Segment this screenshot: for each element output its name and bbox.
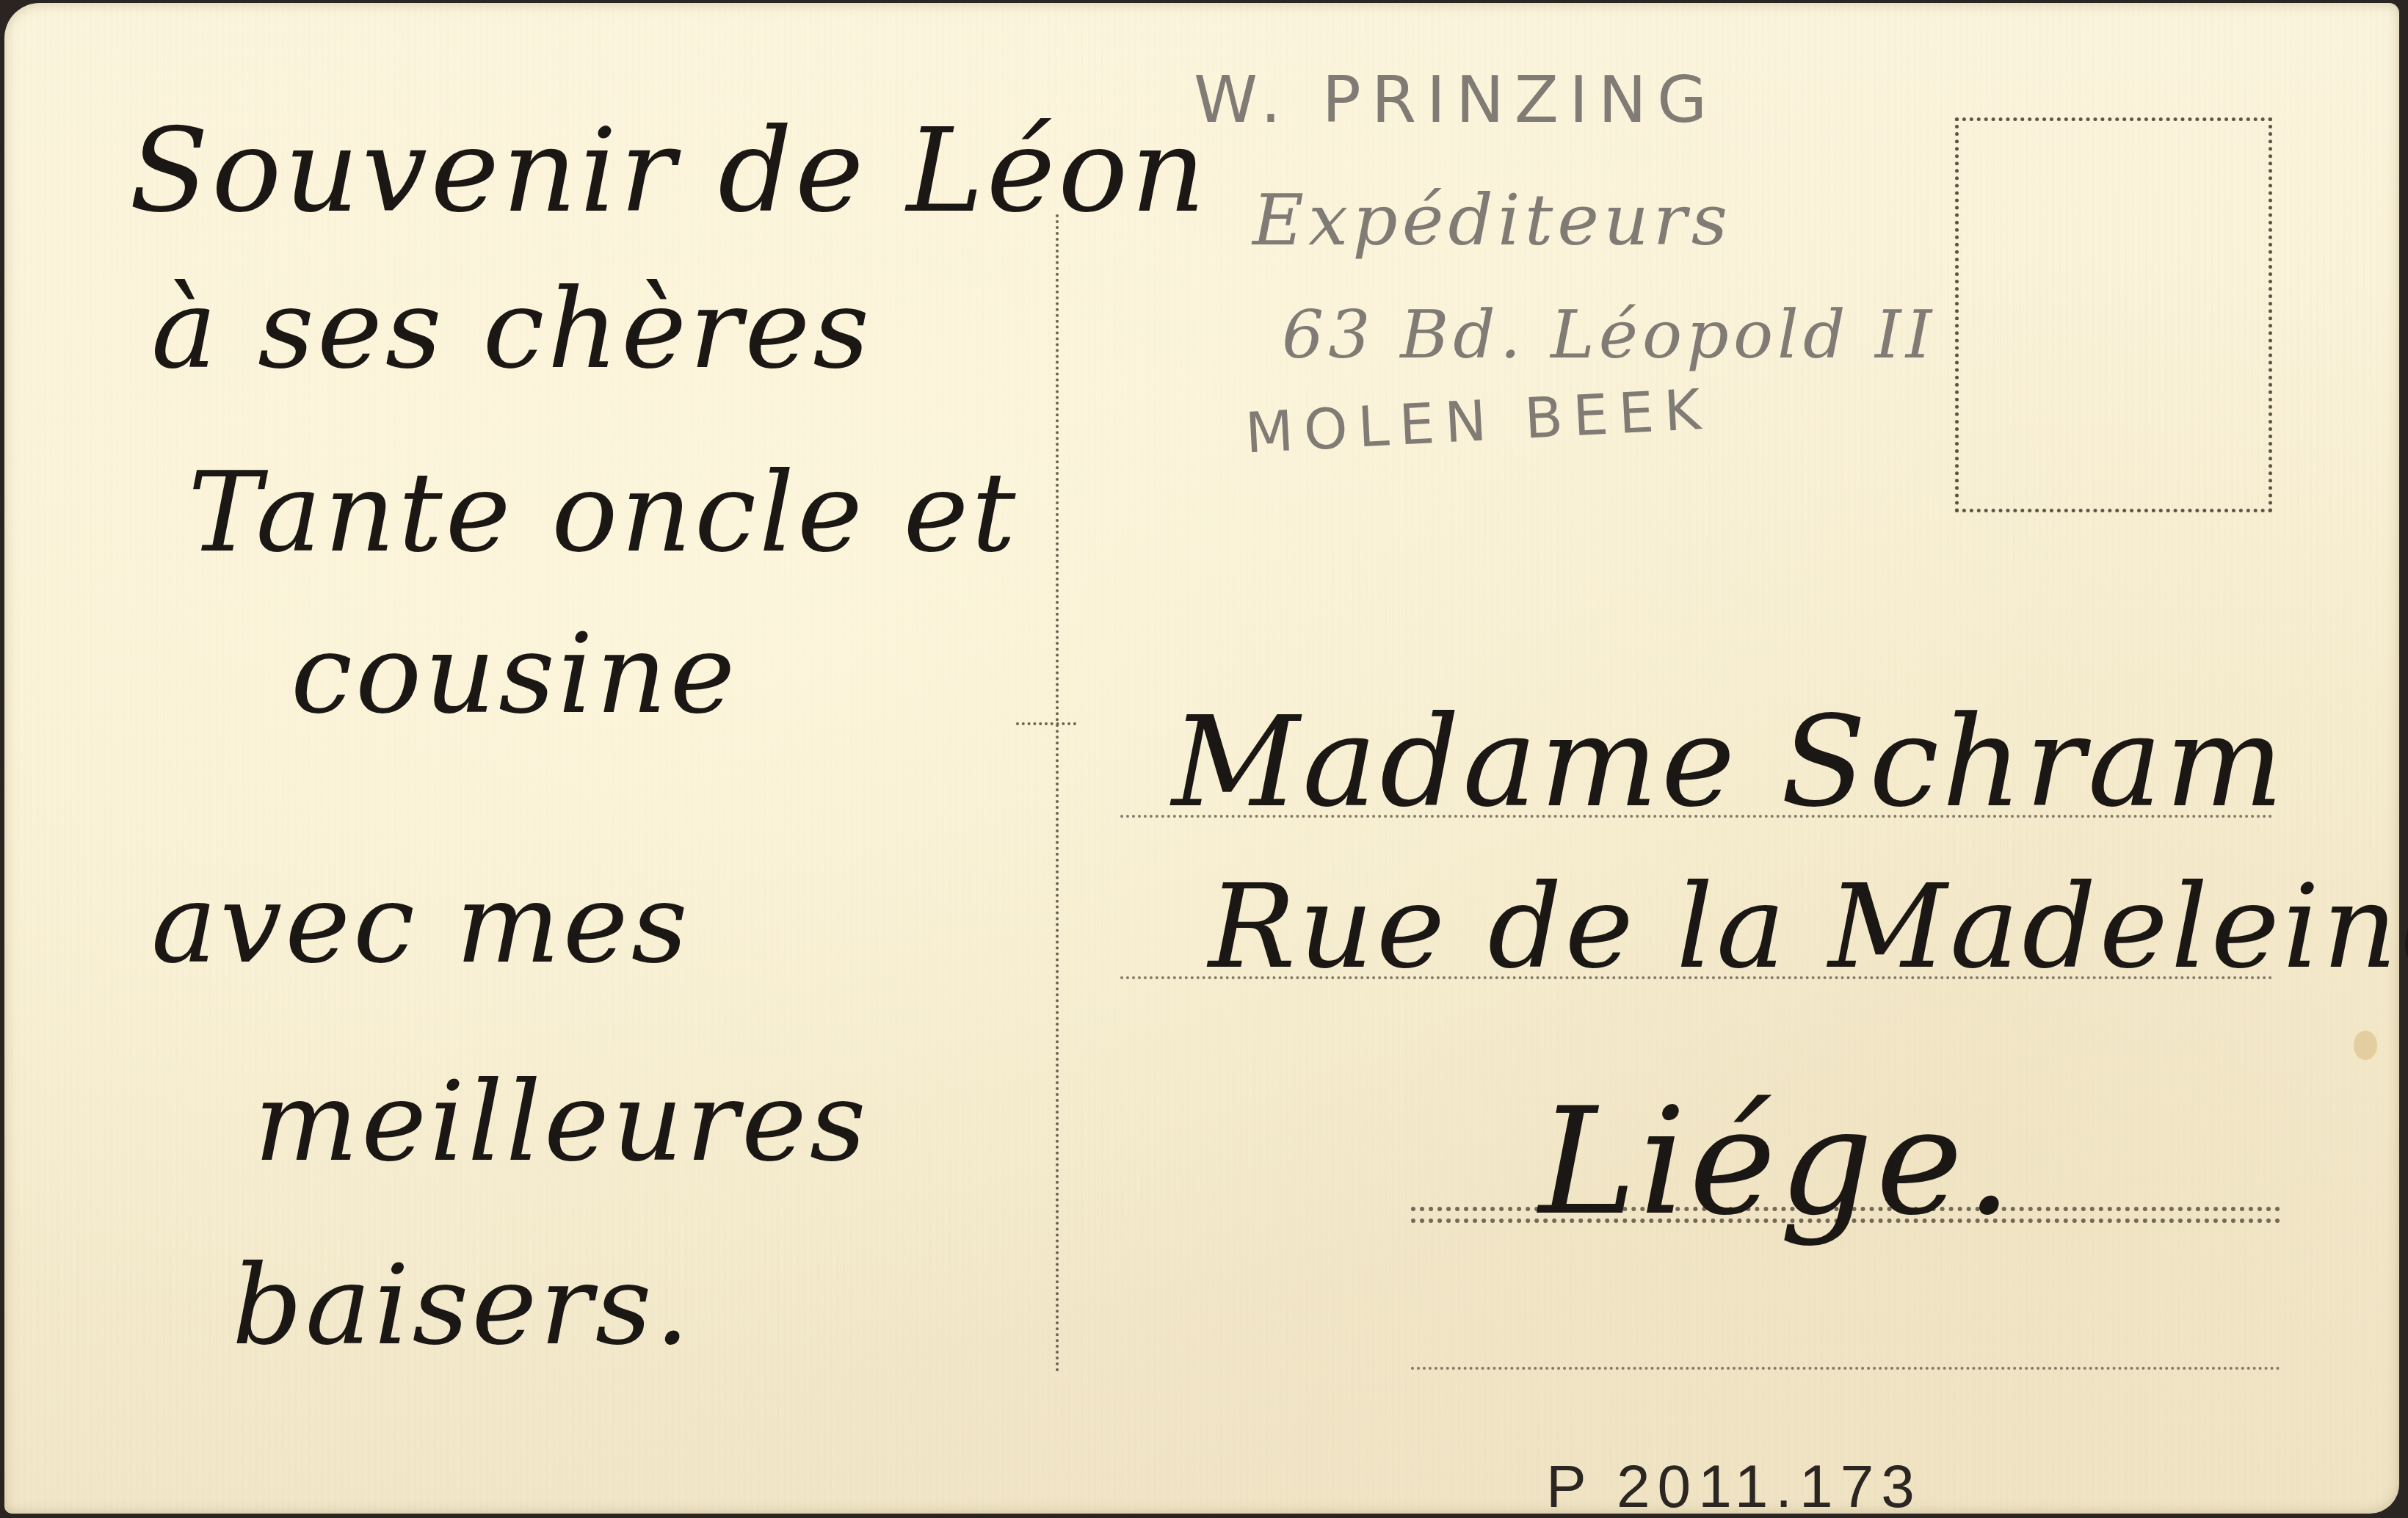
- paper-stain: [2354, 1031, 2377, 1060]
- message-line-3: Tante oncle et: [188, 458, 1019, 568]
- recipient-city: Liége.: [1539, 1089, 2015, 1236]
- center-divider-tick: [1016, 722, 1076, 725]
- postcard-back: Souvenir de Léon à ses chères Tante oncl…: [4, 3, 2399, 1514]
- center-divider-line: [1056, 214, 1059, 1373]
- sender-street: 63 Bd. Léopold II: [1282, 297, 1936, 374]
- sender-name: W. PRINZING: [1194, 62, 1717, 137]
- message-line-7: baisers.: [232, 1251, 693, 1361]
- message-line-2: à ses chères: [151, 275, 872, 385]
- stamp-placeholder-box: [1955, 117, 2272, 512]
- message-line-4: cousine: [291, 620, 738, 730]
- recipient-name: Madame Schram: [1172, 700, 2286, 825]
- address-line-4: [1411, 1367, 2280, 1370]
- message-line-6: meilleures: [254, 1067, 869, 1177]
- archive-reference-number: P 2011.173: [1546, 1453, 1922, 1518]
- message-line-1: Souvenir de Léon: [129, 113, 1208, 229]
- sender-city: MOLEN BEEK: [1244, 376, 1713, 465]
- sender-title: Expéditeurs: [1252, 179, 1732, 261]
- recipient-street: Rue de la Madeleine: [1208, 869, 2408, 985]
- message-line-5: avec mes: [151, 869, 691, 979]
